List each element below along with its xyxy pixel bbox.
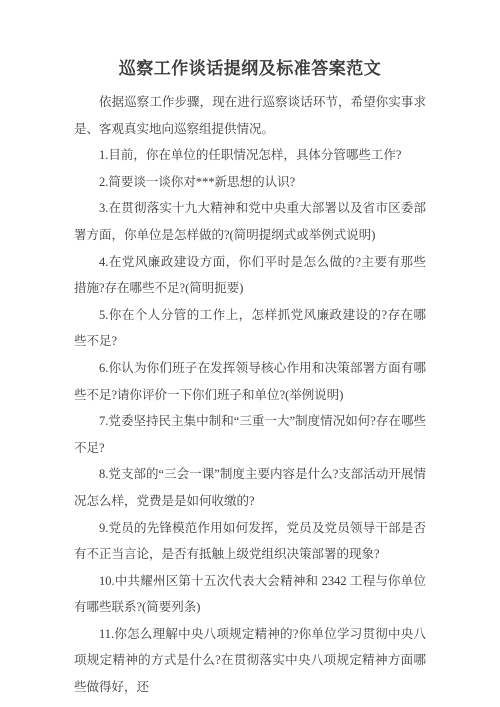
- paragraph: 3.在贯彻落实十九大精神和党中央重大部署以及省市区委部署方面，你单位是怎样做的?…: [74, 195, 426, 248]
- paragraph: 1.目前，你在单位的任职情况怎样，具体分管哪些工作?: [74, 142, 426, 169]
- paragraph: 6.你认为你们班子在发挥领导核心作用和决策部署方面有哪些不足?请你评价一下你们班…: [74, 355, 426, 408]
- paragraph: 11.你怎么理解中央八项规定精神的?你单位学习贯彻中央八项规定精神的方式是什么?…: [74, 621, 426, 701]
- document-page: 巡察工作谈话提纲及标准答案范文 依据巡察工作步骤，现在进行巡察谈话环节，希望你实…: [0, 0, 500, 707]
- document-title: 巡察工作谈话提纲及标准答案范文: [74, 55, 426, 82]
- document-body: 依据巡察工作步骤，现在进行巡察谈话环节，希望你实事求是、客观真实地向巡察组提供情…: [74, 89, 426, 701]
- paragraph: 4.在党风廉政建设方面，你们平时是怎么做的?主要有那些措施?存在哪些不足?(简明…: [74, 249, 426, 302]
- paragraph: 5.你在个人分管的工作上，怎样抓党风廉政建设的?存在哪些不足?: [74, 302, 426, 355]
- paragraph: 2.简要谈一谈你对***新思想的认识?: [74, 169, 426, 196]
- paragraph: 10.中共耀州区第十五次代表大会精神和 2342 工程与你单位有哪些联系?(简要…: [74, 568, 426, 621]
- paragraph: 依据巡察工作步骤，现在进行巡察谈话环节，希望你实事求是、客观真实地向巡察组提供情…: [74, 89, 426, 142]
- paragraph: 7.党委坚持民主集中制和“三重一大”制度情况如何?存在哪些不足?: [74, 408, 426, 461]
- paragraph: 8.党支部的“三会一课”制度主要内容是什么?支部活动开展情况怎么样，党费是是如何…: [74, 461, 426, 514]
- paragraph: 9.党员的先锋模范作用如何发挥，党员及党员领导干部是否有不正当言论，是否有抵触上…: [74, 515, 426, 568]
